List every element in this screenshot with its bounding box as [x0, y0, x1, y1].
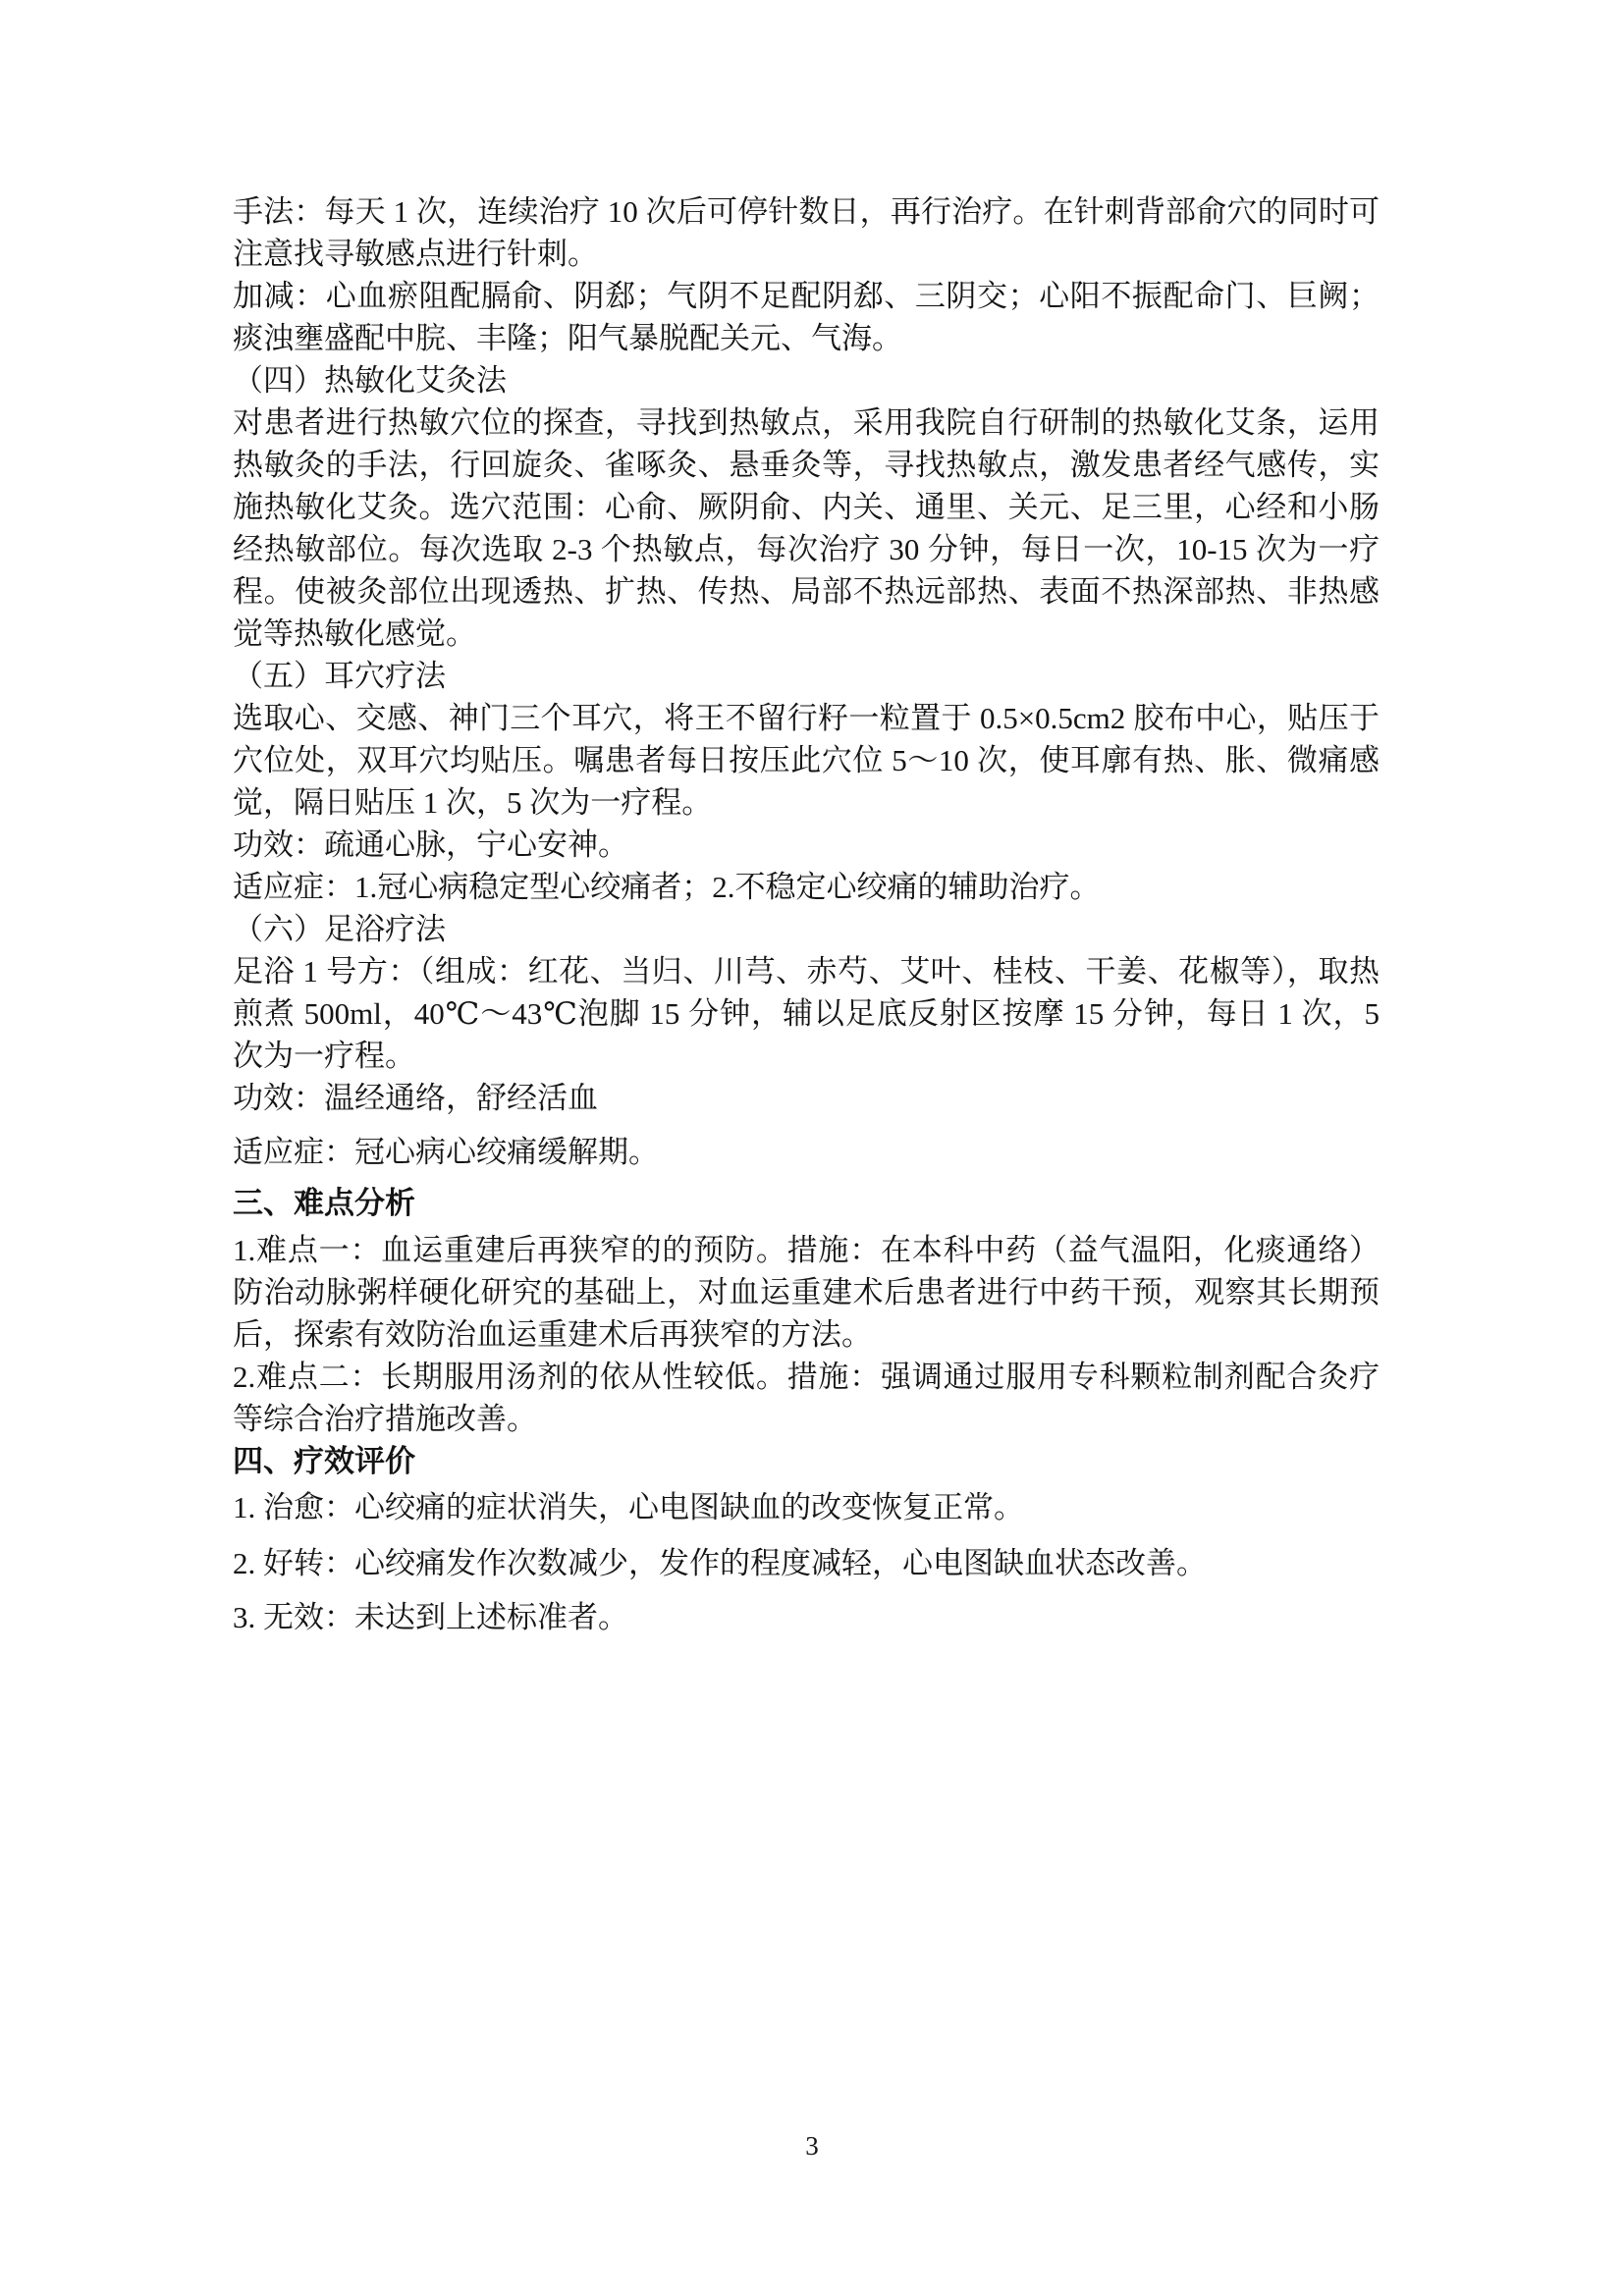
- section-heading-difficulty-analysis: 三、难点分析: [233, 1182, 1380, 1224]
- paragraph-outcome-ineffective: 3. 无效：未达到上述标准者。: [233, 1596, 1380, 1638]
- paragraph-needle-technique: 手法：每天 1 次，连续治疗 10 次后可停针数日，再行治疗。在针刺背部俞穴的同…: [233, 190, 1380, 275]
- paragraph-foot-bath-effect: 功效：温经通络，舒经活血: [233, 1077, 1380, 1119]
- paragraph-point-modifications: 加减：心血瘀阻配膈俞、阴郄；气阴不足配阴郄、三阴交；心阳不振配命门、巨阙；痰浊壅…: [233, 275, 1380, 359]
- paragraph-moxibustion-body: 对患者进行热敏穴位的探查，寻找到热敏点，采用我院自行研制的热敏化艾条，运用热敏灸…: [233, 401, 1380, 655]
- paragraph-difficulty-1: 1.难点一：血运重建后再狭窄的的预防。措施：在本科中药（益气温阳，化痰通络）防治…: [233, 1229, 1380, 1356]
- subsection-heading-ear-points: （五）耳穴疗法: [233, 655, 1380, 697]
- paragraph-outcome-cured: 1. 治愈：心绞痛的症状消失，心电图缺血的改变恢复正常。: [233, 1486, 1380, 1528]
- page-number: 3: [0, 2130, 1624, 2162]
- paragraph-outcome-improved: 2. 好转：心绞痛发作次数减少，发作的程度减轻，心电图缺血状态改善。: [233, 1542, 1380, 1584]
- paragraph-ear-points-indication: 适应症：1.冠心病稳定型心绞痛者；2.不稳定心绞痛的辅助治疗。: [233, 866, 1380, 908]
- section-heading-efficacy-evaluation: 四、疗效评价: [233, 1440, 1380, 1482]
- paragraph-ear-points-effect: 功效：疏通心脉，宁心安神。: [233, 824, 1380, 866]
- document-body: 手法：每天 1 次，连续治疗 10 次后可停针数日，再行治疗。在针刺背部俞穴的同…: [233, 190, 1380, 1638]
- subsection-heading-moxibustion: （四）热敏化艾灸法: [233, 359, 1380, 401]
- subsection-heading-foot-bath: （六）足浴疗法: [233, 908, 1380, 950]
- paragraph-ear-points-body: 选取心、交感、神门三个耳穴，将王不留行籽一粒置于 0.5×0.5cm2 胶布中心…: [233, 697, 1380, 824]
- paragraph-foot-bath-indication: 适应症：冠心病心绞痛缓解期。: [233, 1131, 1380, 1173]
- paragraph-foot-bath-body: 足浴 1 号方：（组成：红花、当归、川芎、赤芍、艾叶、桂枝、干姜、花椒等），取热…: [233, 950, 1380, 1077]
- document-page: 手法：每天 1 次，连续治疗 10 次后可停针数日，再行治疗。在针刺背部俞穴的同…: [0, 0, 1624, 2296]
- paragraph-difficulty-2: 2.难点二：长期服用汤剂的依从性较低。措施：强调通过服用专科颗粒制剂配合灸疗等综…: [233, 1356, 1380, 1440]
